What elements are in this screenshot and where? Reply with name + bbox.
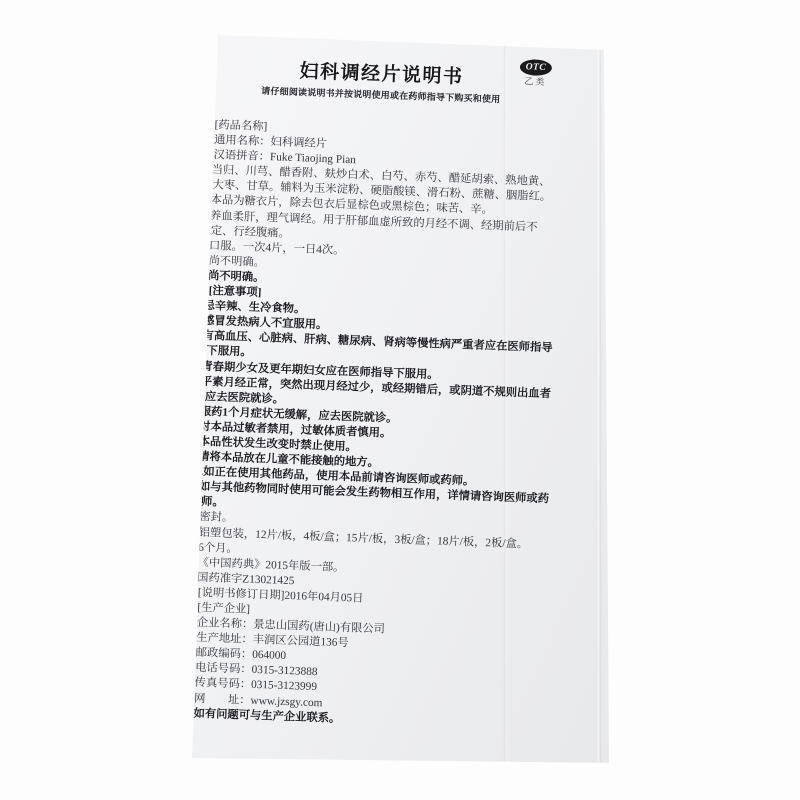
section-label: [性 状] <box>158 193 211 207</box>
otc-icon: OTC <box>520 59 553 76</box>
paper-fold-crease <box>597 30 602 770</box>
leaflet-body: [药品名称] 通用名称：妇科调经片 汉语拼音：Fuke Tiaojing Pia… <box>193 118 562 734</box>
leaflet-paper: OTC 乙类 妇科调经片说明书 请仔细阅读说明书并按说明使用或在药师指导下购买和… <box>185 30 617 770</box>
section-label: [功能主治] <box>157 208 210 222</box>
section-label: [贮 藏] <box>146 509 199 523</box>
leaflet-content: OTC 乙类 妇科调经片说明书 请仔细阅读说明书并按说明使用或在药师指导下购买和… <box>193 36 565 734</box>
otc-category-label: 乙类 <box>516 76 554 88</box>
section-label: [说明书修订日期] <box>198 587 285 602</box>
section-label: [执行标准] <box>145 555 198 569</box>
section-label: [批准文号] <box>144 570 197 584</box>
section-label: [成 份] <box>159 162 212 176</box>
section-label: [不良反应] <box>156 253 209 267</box>
section-label: [包 装] <box>146 524 199 538</box>
photo-background: OTC 乙类 妇科调经片说明书 请仔细阅读说明书并按说明使用或在药师指导下购买和… <box>0 0 800 800</box>
section-text: 尚不明确。 <box>208 255 265 269</box>
otc-badge: OTC 乙类 <box>516 59 555 88</box>
section-label: [有 效 期] <box>145 540 192 554</box>
section-text: 尚不明确。 <box>208 270 265 284</box>
section-text: 36个月。 <box>192 541 238 555</box>
section-text: 国药准字Z13021425 <box>197 572 295 587</box>
section-text: 密封。 <box>199 511 233 524</box>
section-label: [禁 忌] <box>155 268 208 282</box>
section-label: [用法用量] <box>156 238 209 252</box>
section-label: [药物相互作用] <box>123 478 199 493</box>
section-text: 2016年04月05日 <box>284 590 363 605</box>
